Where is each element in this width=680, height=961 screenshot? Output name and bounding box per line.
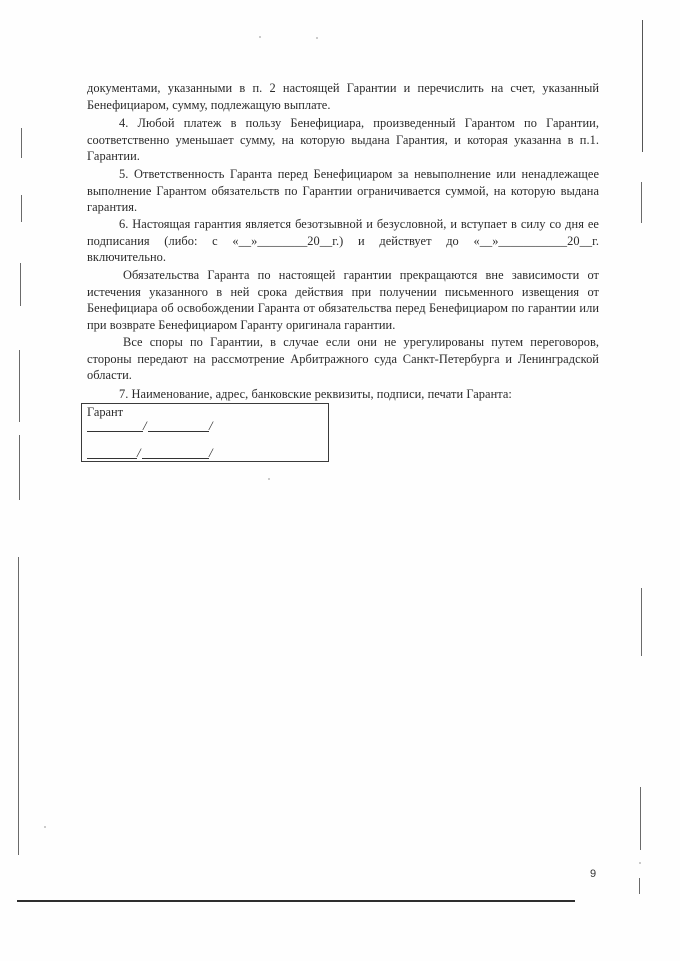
signature-separator: / — [137, 446, 141, 459]
scan-margin-mark — [19, 350, 20, 422]
paragraph-obligations: Обязательства Гаранта по настоящей гаран… — [87, 267, 599, 333]
paragraph-text: документами, указанными в п. 2 настоящей… — [87, 80, 599, 113]
page-number: 9 — [590, 868, 596, 880]
signature-separator: / — [209, 419, 213, 432]
scan-margin-mark — [21, 195, 22, 222]
scan-margin-mark — [18, 557, 19, 855]
scan-margin-mark — [642, 20, 643, 152]
signature-line — [87, 458, 137, 459]
paragraph-text: 4. Любой платеж в пользу Бенефициара, пр… — [87, 115, 599, 165]
paragraph-disputes: Все споры по Гарантии, в случае если они… — [87, 334, 599, 384]
signature-line — [87, 431, 143, 432]
name-line — [142, 458, 209, 459]
paragraph-text: 7. Наименование, адрес, банковские рекви… — [87, 386, 599, 403]
scanned-page: документами, указанными в п. 2 настоящей… — [0, 0, 680, 961]
scan-margin-mark — [641, 182, 642, 223]
scan-speck — [268, 478, 270, 480]
scan-margin-mark — [19, 435, 20, 500]
paragraph-continuation: документами, указанными в п. 2 настоящей… — [87, 80, 599, 113]
scan-speck — [639, 862, 641, 864]
scan-margin-mark — [641, 588, 642, 656]
scan-margin-mark — [20, 263, 21, 306]
signature-separator: / — [209, 446, 213, 459]
scan-margin-mark — [639, 878, 640, 894]
clause-6: 6. Настоящая гарантия является безотзывн… — [87, 216, 599, 266]
paragraph-text: 6. Настоящая гарантия является безотзывн… — [87, 216, 599, 266]
scan-margin-mark — [640, 787, 641, 850]
scan-speck — [44, 826, 46, 828]
scan-speck — [259, 36, 261, 38]
clause-7: 7. Наименование, адрес, банковские рекви… — [87, 386, 599, 403]
paragraph-text: Обязательства Гаранта по настоящей гаран… — [87, 267, 599, 333]
signature-separator: / — [143, 419, 147, 432]
guarantor-label: Гарант — [87, 404, 123, 420]
paragraph-text: 5. Ответственность Гаранта перед Бенефиц… — [87, 166, 599, 216]
paragraph-text: Все споры по Гарантии, в случае если они… — [87, 334, 599, 384]
bottom-rule — [17, 900, 575, 902]
clause-4: 4. Любой платеж в пользу Бенефициара, пр… — [87, 115, 599, 165]
scan-speck — [316, 37, 318, 39]
name-line — [148, 431, 209, 432]
scan-margin-mark — [21, 128, 22, 158]
guarantor-signature-box: Гарант / / / / — [81, 403, 329, 462]
clause-5: 5. Ответственность Гаранта перед Бенефиц… — [87, 166, 599, 216]
